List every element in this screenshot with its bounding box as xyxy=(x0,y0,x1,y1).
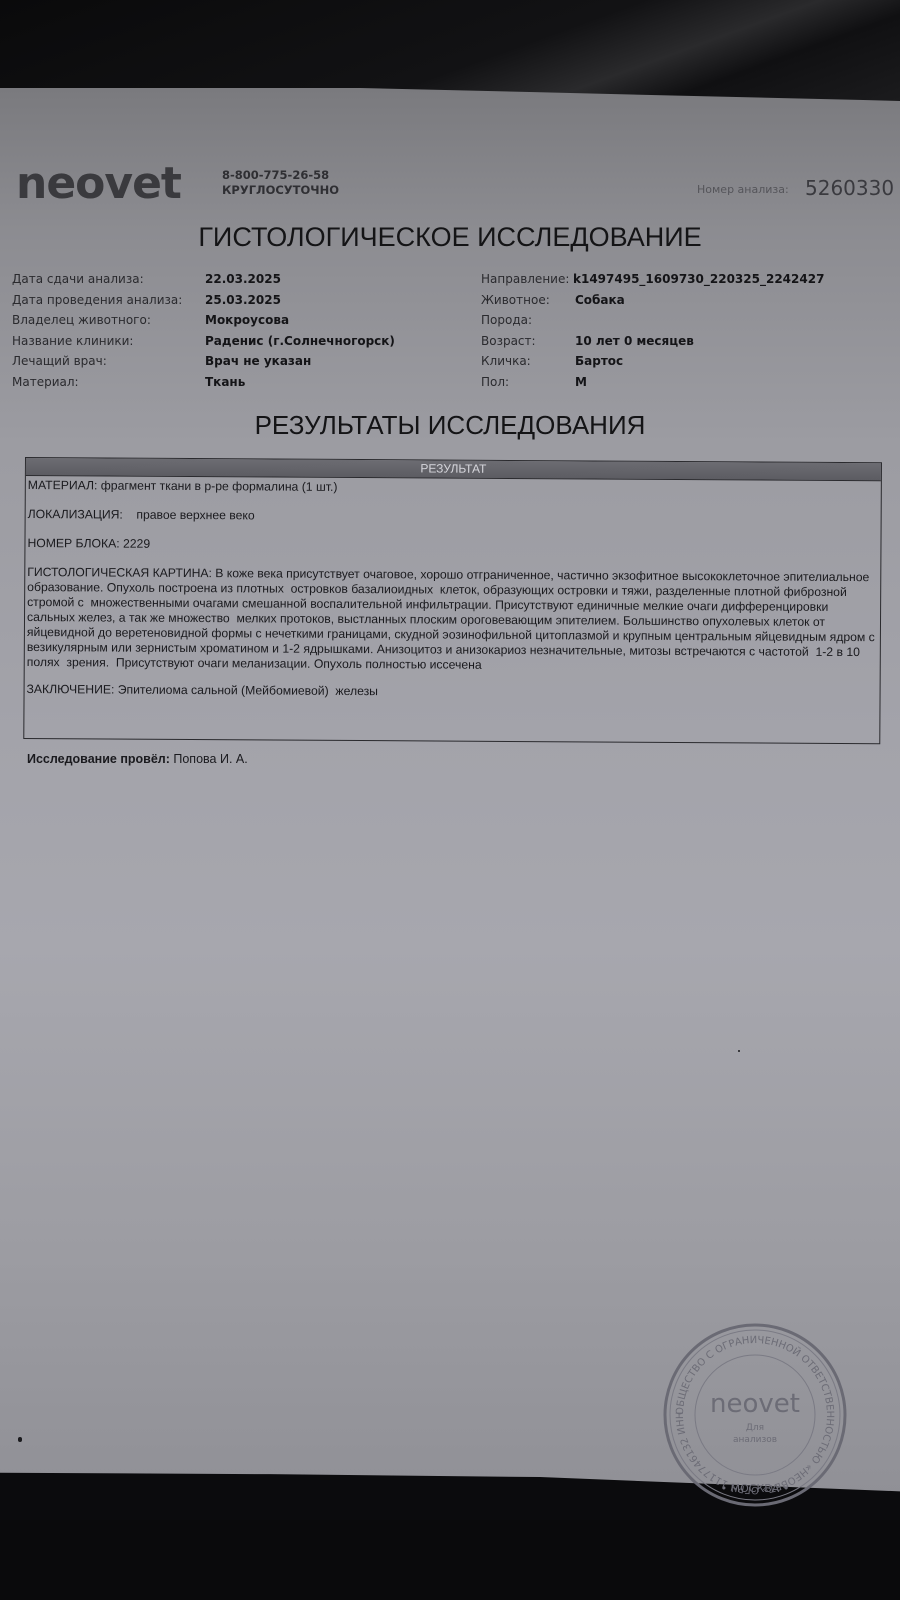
histology-text: ГИСТОЛОГИЧЕСКАЯ КАРТИНА: В коже века при… xyxy=(27,565,879,675)
info-label: Дата проведения анализа: xyxy=(12,293,205,314)
background-surface-top xyxy=(0,0,900,100)
info-label: Животное: xyxy=(481,293,575,314)
phone-number: 8-800-775-26-58 xyxy=(222,168,339,183)
info-label: Материал: xyxy=(12,375,205,396)
info-row: Порода: xyxy=(481,313,824,334)
info-label: Название клиники: xyxy=(12,334,205,355)
info-value: k1497495_1609730_220325_2242427 xyxy=(573,272,824,293)
result-body: МАТЕРИАЛ: фрагмент ткани в р-ре формалин… xyxy=(25,476,881,704)
ink-speck xyxy=(738,1050,740,1052)
analysis-number-label: Номер анализа: xyxy=(697,183,789,196)
localization-text: ЛОКАЛИЗАЦИЯ: правое верхнее веко xyxy=(28,507,879,527)
neovet-logo: neovet xyxy=(16,158,181,209)
info-value: 25.03.2025 xyxy=(205,293,281,314)
info-row: Дата проведения анализа:25.03.2025 xyxy=(12,293,395,314)
stamp-seal-icon: ОБЩЕСТВО С ОГРАНИЧЕННОЙ ОТВЕТСТВЕННОСТЬЮ… xyxy=(660,1320,850,1510)
info-label: Владелец животного: xyxy=(12,313,205,334)
info-value: 10 лет 0 месяцев xyxy=(575,334,694,355)
info-row: Возраст:10 лет 0 месяцев xyxy=(481,334,824,355)
info-label: Лечащий врач: xyxy=(12,354,205,375)
info-label: Пол: xyxy=(481,375,575,396)
info-label: Дата сдачи анализа: xyxy=(12,272,205,293)
info-row: Название клиники:Раденис (г.Солнечногорс… xyxy=(12,334,395,355)
info-row: Лечащий врач:Врач не указан xyxy=(12,354,395,375)
svg-text:Для: Для xyxy=(746,1423,764,1433)
contact-block: 8-800-775-26-58 КРУГЛОСУТОЧНО xyxy=(222,168,339,198)
result-table: РЕЗУЛЬТАТ МАТЕРИАЛ: фрагмент ткани в р-р… xyxy=(23,457,882,744)
info-value: Собака xyxy=(575,293,625,314)
signature-name: Попова И. А. xyxy=(173,752,247,766)
signature-label: Исследование провёл: xyxy=(27,752,170,766)
info-value: Бартос xyxy=(575,354,623,375)
ink-speck xyxy=(18,1437,22,1442)
info-label: Возраст: xyxy=(481,334,575,355)
info-row: Владелец животного:Мокроусова xyxy=(12,313,395,334)
info-row: Животное:Собака xyxy=(481,293,824,314)
info-value: М xyxy=(575,375,587,396)
info-row: Дата сдачи анализа:22.03.2025 xyxy=(12,272,395,293)
block-number-text: НОМЕР БЛОКА: 2229 xyxy=(27,536,878,556)
conclusion-text: ЗАКЛЮЧЕНИЕ: Эпителиома сальной (Мейбомие… xyxy=(27,682,878,702)
info-label: Направление: xyxy=(481,272,573,293)
svg-text:neovet: neovet xyxy=(710,1389,800,1419)
info-value: Раденис (г.Солнечногорск) xyxy=(205,334,395,355)
info-label: Кличка: xyxy=(481,354,575,375)
document-title: ГИСТОЛОГИЧЕСКОЕ ИССЛЕДОВАНИЕ xyxy=(0,222,900,253)
info-value: 22.03.2025 xyxy=(205,272,281,293)
company-stamp: ОБЩЕСТВО С ОГРАНИЧЕННОЙ ОТВЕТСТВЕННОСТЬЮ… xyxy=(660,1320,850,1510)
info-value: Врач не указан xyxy=(205,354,311,375)
info-left-block: Дата сдачи анализа:22.03.2025 Дата прове… xyxy=(12,272,395,395)
results-title: РЕЗУЛЬТАТЫ ИССЛЕДОВАНИЯ xyxy=(0,410,900,441)
material-text: МАТЕРИАЛ: фрагмент ткани в р-ре формалин… xyxy=(28,478,879,498)
svg-text:анализов: анализов xyxy=(733,1435,777,1445)
info-row: Кличка:Бартос xyxy=(481,354,824,375)
svg-text:• МОСКВА •: • МОСКВА • xyxy=(721,1482,790,1495)
info-label: Порода: xyxy=(481,313,575,334)
info-row: Направление:k1497495_1609730_220325_2242… xyxy=(481,272,824,293)
info-value: Мокроусова xyxy=(205,313,289,334)
info-row: Пол:М xyxy=(481,375,824,396)
hours-text: КРУГЛОСУТОЧНО xyxy=(222,183,339,198)
info-row: Материал:Ткань xyxy=(12,375,395,396)
info-right-block: Направление:k1497495_1609730_220325_2242… xyxy=(481,272,824,395)
signature-line: Исследование провёл: Попова И. А. xyxy=(27,752,248,766)
analysis-number: 5260330 xyxy=(805,176,894,200)
background-surface-bottom xyxy=(0,1520,900,1600)
info-value: Ткань xyxy=(205,375,245,396)
